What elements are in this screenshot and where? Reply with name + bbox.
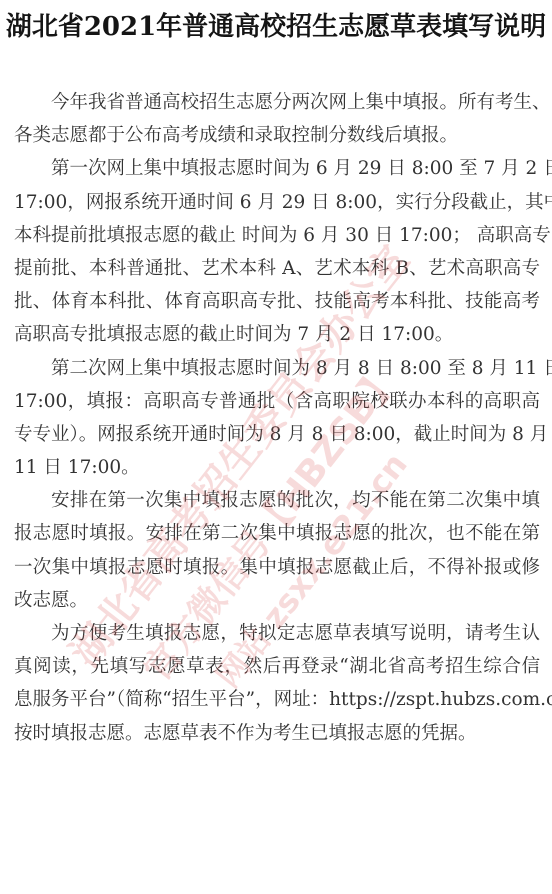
text-line: 为方便考生填报志愿，特拟定志愿草表填写说明，请考生认 xyxy=(14,617,540,650)
text-line: 批、体育本科批、体育高职高专批、技能高考本科批、技能高考 xyxy=(14,285,540,318)
text-line: 提前批、本科普通批、艺术本科 A、艺术本科 B、艺术高职高专 xyxy=(14,252,540,285)
text-line: 第二次网上集中填报志愿时间为 8 月 8 日 8:00 至 8 月 11 日 xyxy=(14,352,540,385)
text-line: 专专业）。网报系统开通时间为 8 月 8 日 8:00，截止时间为 8 月 xyxy=(14,418,540,451)
text-line: 第一次网上集中填报志愿时间为 6 月 29 日 8:00 至 7 月 2 日 xyxy=(14,152,540,185)
document-title: 湖北省2021年普通高校招生志愿草表填写说明 xyxy=(0,6,552,43)
text-line: 本科提前批填报志愿的截止 时间为 6 月 30 日 17:00； 高职高专 xyxy=(14,219,540,252)
text-line: 改志愿。 xyxy=(14,584,540,617)
text-line: 高职高专批填报志愿的截止时间为 7 月 2 日 17:00。 xyxy=(14,318,540,351)
text-line: 17:00，网报系统开通时间 6 月 29 日 8:00，实行分段截止，其中: xyxy=(14,186,540,219)
text-line: 真阅读，先填写志愿草表，然后再登录“湖北省高考招生综合信 xyxy=(14,650,540,683)
text-line: 一次集中填报志愿时填报。集中填报志愿截止后，不得补报或修 xyxy=(14,551,540,584)
text-line: 11 日 17:00。 xyxy=(14,451,540,484)
text-line: 安排在第一次集中填报志愿的批次，均不能在第二次集中填 xyxy=(14,484,540,517)
text-line: 息服务平台”（简称“招生平台”，网址：https://zspt.hubzs.co… xyxy=(14,683,540,716)
text-line: 按时填报志愿。志愿草表不作为考生已填报志愿的凭据。 xyxy=(14,717,540,750)
text-line: 报志愿时填报。安排在第二次集中填报志愿的批次，也不能在第 xyxy=(14,517,540,550)
text-line: 各类志愿都于公布高考成绩和录取控制分数线后填报。 xyxy=(14,119,540,152)
document-body: 今年我省普通高校招生志愿分两次网上集中填报。所有考生、 各类志愿都于公布高考成绩… xyxy=(14,86,540,750)
text-line: 今年我省普通高校招生志愿分两次网上集中填报。所有考生、 xyxy=(14,86,540,119)
text-line: 17:00，填报：高职高专普通批（含高职院校联办本科的高职高 xyxy=(14,385,540,418)
